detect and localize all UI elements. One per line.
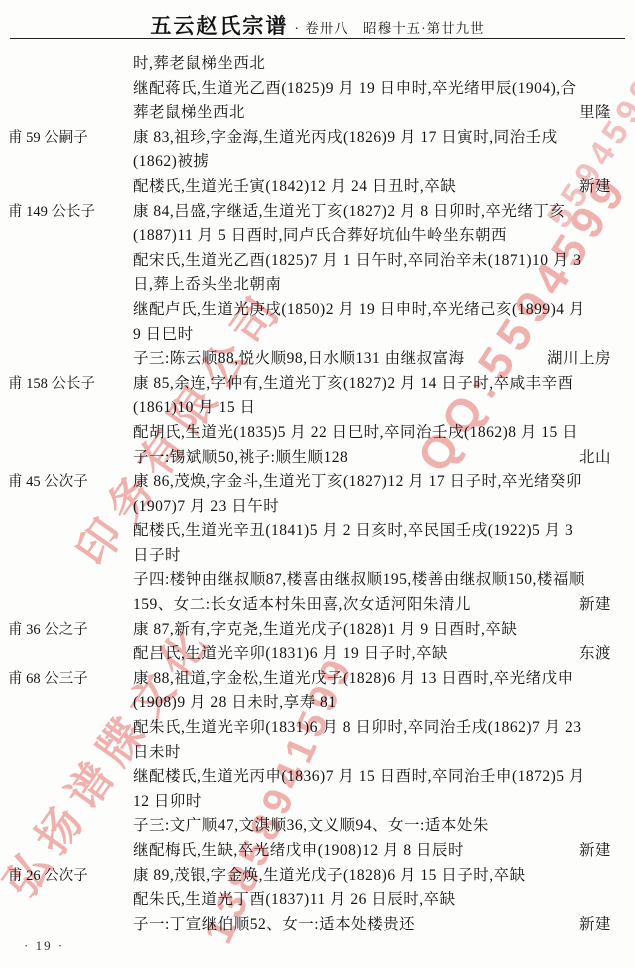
- entry-text: 康 83,祖珍,字金海,生道光丙戌(1826)9 月 17 日寅时,同治壬戌(1…: [133, 126, 591, 175]
- entry-text: 配吕氏,生道光辛卯(1831)6 月 19 日子时,卒缺: [133, 642, 591, 667]
- row-label: [0, 175, 133, 200]
- row-label: 甫 68 公三子: [0, 667, 133, 716]
- table-row: 甫 45 公次子康 86,茂焕,字金斗,生道光丁亥(1827)12 月 17 日…: [0, 470, 635, 519]
- entry-text: 康 89,茂银,字金焕,生道光戊子(1828)6 月 15 日子时,卒缺: [133, 864, 591, 889]
- table-row: 甫 36 公之子康 87,新有,字克尧,生道光戊子(1828)1 月 9 日酉时…: [0, 618, 635, 643]
- table-row: 配楼氏,生道光辛丑(1841)5 月 2 日亥时,卒民国壬戌(1922)5 月 …: [0, 519, 635, 568]
- place-tag: 北山: [579, 446, 611, 471]
- place-tag: 新建: [579, 175, 611, 200]
- table-row: 配宋氏,生道光乙酉(1825)7 月 1 日午时,卒同治辛未(1871)10 月…: [0, 249, 635, 298]
- entry-text: 康 85,余连,字仲有,生道光丁亥(1827)2 月 14 日子时,卒咸丰辛酉(…: [133, 372, 591, 421]
- entry-text: 子三:陈云顺88,悦火顺98,日水顺131 由继叔富海: [133, 347, 591, 372]
- row-label: [0, 519, 133, 568]
- volume-subtitle: 卷卅八 昭穆十五·第廿九世: [305, 21, 485, 36]
- row-label: 甫 149 公长子: [0, 200, 133, 249]
- entry-text: 子三:文广顺47,文淇顺36,文义顺94、女一:适本处朱: [133, 814, 591, 839]
- entry-text: 子四:楼钟由继叔顺87,楼喜由继叔顺195,楼善由继叔顺150,楼福顺159、女…: [133, 568, 591, 617]
- table-row: 子一:丁宣继伯顺52、女一:适本处楼贵还新建: [0, 913, 635, 938]
- row-label: [0, 814, 133, 839]
- entry-text: 配楼氏,生道光辛丑(1841)5 月 2 日亥时,卒民国壬戌(1922)5 月 …: [133, 519, 591, 568]
- place-tag: 湖川上房: [547, 347, 611, 372]
- entry-text: 时,葬老鼠梯坐西北: [133, 52, 591, 77]
- table-row: 甫 59 公嗣子康 83,祖珍,字金海,生道光丙戌(1826)9 月 17 日寅…: [0, 126, 635, 175]
- place-tag: 新建: [579, 839, 611, 864]
- book-title: 五云赵氏宗谱: [150, 14, 288, 38]
- entry-text: 配朱氏,生道光丁酉(1837)11 月 26 日辰时,卒缺: [133, 888, 591, 913]
- table-row: 继配卢氏,生道光庚戌(1850)2 月 19 日申时,卒光绪己亥(1899)4 …: [0, 298, 635, 347]
- place-tag: 里隆: [579, 101, 611, 126]
- row-label: 甫 45 公次子: [0, 470, 133, 519]
- place-tag: 新建: [579, 593, 611, 618]
- entry-text: 康 87,新有,字克尧,生道光戊子(1828)1 月 9 日酉时,卒缺: [133, 618, 591, 643]
- table-row: 甫 158 公长子康 85,余连,字仲有,生道光丁亥(1827)2 月 14 日…: [0, 372, 635, 421]
- entry-text: 子一:丁宣继伯顺52、女一:适本处楼贵还: [133, 913, 591, 938]
- title-separator-dot: ·: [294, 22, 299, 37]
- entry-text: 继配卢氏,生道光庚戌(1850)2 月 19 日申时,卒光绪己亥(1899)4 …: [133, 298, 591, 347]
- table-row: 甫 68 公三子康 88,祖道,字金松,生道光戊子(1828)6 月 13 日酉…: [0, 667, 635, 716]
- page-number: · 19 ·: [24, 938, 64, 954]
- table-row: 子四:楼钟由继叔顺87,楼喜由继叔顺195,楼善由继叔顺150,楼福顺159、女…: [0, 568, 635, 617]
- row-label: [0, 765, 133, 814]
- row-label: [0, 716, 133, 765]
- row-label: [0, 839, 133, 864]
- row-label: 甫 158 公长子: [0, 372, 133, 421]
- header-divider: [10, 38, 625, 39]
- row-label: [0, 52, 133, 77]
- row-label: [0, 913, 133, 938]
- table-row: 甫 26 公次子康 89,茂银,字金焕,生道光戊子(1828)6 月 15 日子…: [0, 864, 635, 889]
- entry-text: 配楼氏,生道光壬寅(1842)12 月 24 日丑时,卒缺: [133, 175, 591, 200]
- table-row: 子三:陈云顺88,悦火顺98,日水顺131 由继叔富海湖川上房: [0, 347, 635, 372]
- row-label: [0, 888, 133, 913]
- place-tag: 新建: [579, 913, 611, 938]
- table-row: 继配梅氏,生缺,卒光绪戊申(1908)12 月 8 日辰时新建: [0, 839, 635, 864]
- entry-text: 康 84,吕盛,字继适,生道光丁亥(1827)2 月 8 日卯时,卒光绪丁亥(1…: [133, 200, 591, 249]
- row-label: [0, 347, 133, 372]
- table-row: 子一:锡斌顺50,祧子:顺生顺128北山: [0, 446, 635, 471]
- row-label: 甫 59 公嗣子: [0, 126, 133, 175]
- table-row: 配胡氏,生道光(1835)5 月 22 日巳时,卒同治壬戌(1862)8 月 1…: [0, 421, 635, 446]
- table-row: 继配蒋氏,生道光乙酉(1825)9 月 19 日申时,卒光绪甲辰(1904),合…: [0, 77, 635, 126]
- row-label: [0, 298, 133, 347]
- table-row: 甫 149 公长子康 84,吕盛,字继适,生道光丁亥(1827)2 月 8 日卯…: [0, 200, 635, 249]
- entry-text: 康 88,祖道,字金松,生道光戊子(1828)6 月 13 日酉时,卒光绪戊申(…: [133, 667, 591, 716]
- table-row: 配朱氏,生道光丁酉(1837)11 月 26 日辰时,卒缺: [0, 888, 635, 913]
- entry-text: 子一:锡斌顺50,祧子:顺生顺128: [133, 446, 591, 471]
- row-label: [0, 446, 133, 471]
- entry-text: 配胡氏,生道光(1835)5 月 22 日巳时,卒同治壬戌(1862)8 月 1…: [133, 421, 591, 446]
- entry-text: 康 86,茂焕,字金斗,生道光丁亥(1827)12 月 17 日子时,卒光绪癸卯…: [133, 470, 591, 519]
- row-label: 甫 36 公之子: [0, 618, 133, 643]
- entry-text: 继配梅氏,生缺,卒光绪戊申(1908)12 月 8 日辰时: [133, 839, 591, 864]
- row-label: [0, 421, 133, 446]
- table-row: 配朱氏,生道光辛卯(1831)6 月 8 日卯时,卒同治壬戌(1862)7 月 …: [0, 716, 635, 765]
- row-label: [0, 568, 133, 617]
- entry-text: 继配楼氏,生道光丙申(1836)7 月 15 日酉时,卒同治壬申(1872)5 …: [133, 765, 591, 814]
- row-label: [0, 77, 133, 126]
- entry-text: 配宋氏,生道光乙酉(1825)7 月 1 日午时,卒同治辛未(1871)10 月…: [133, 249, 591, 298]
- genealogy-entries: 时,葬老鼠梯坐西北 继配蒋氏,生道光乙酉(1825)9 月 19 日申时,卒光绪…: [0, 52, 635, 937]
- entry-text: 继配蒋氏,生道光乙酉(1825)9 月 19 日申时,卒光绪甲辰(1904),合…: [133, 77, 591, 126]
- table-row: 继配楼氏,生道光丙申(1836)7 月 15 日酉时,卒同治壬申(1872)5 …: [0, 765, 635, 814]
- table-row: 配楼氏,生道光壬寅(1842)12 月 24 日丑时,卒缺新建: [0, 175, 635, 200]
- genealogy-page: 五云赵氏宗谱·卷卅八 昭穆十五·第廿九世 弘扬谱牒文化 印务有限公司 QQ:55…: [0, 0, 635, 968]
- place-tag: 东渡: [579, 642, 611, 667]
- entry-text: 配朱氏,生道光辛卯(1831)6 月 8 日卯时,卒同治壬戌(1862)7 月 …: [133, 716, 591, 765]
- page-header: 五云赵氏宗谱·卷卅八 昭穆十五·第廿九世: [0, 10, 635, 40]
- row-label: 甫 26 公次子: [0, 864, 133, 889]
- table-row: 子三:文广顺47,文淇顺36,文义顺94、女一:适本处朱: [0, 814, 635, 839]
- table-row: 时,葬老鼠梯坐西北: [0, 52, 635, 77]
- row-label: [0, 642, 133, 667]
- table-row: 配吕氏,生道光辛卯(1831)6 月 19 日子时,卒缺东渡: [0, 642, 635, 667]
- row-label: [0, 249, 133, 298]
